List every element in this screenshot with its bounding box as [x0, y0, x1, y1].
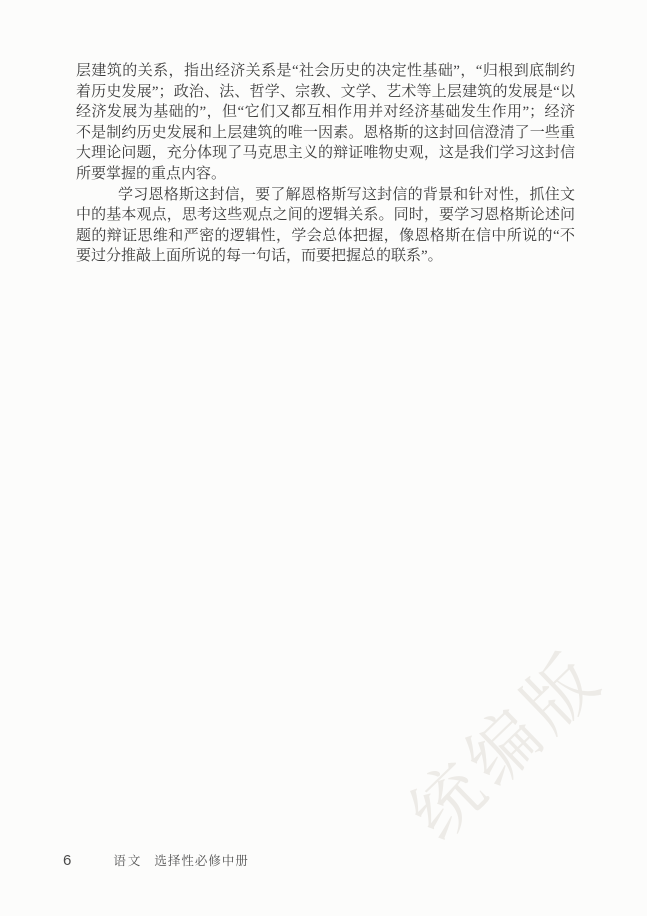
body-text-block: 层建筑的关系，指出经济关系是“社会历史的决定性基础”，“归根到底制约着历史发展”…: [76, 61, 575, 267]
edition-watermark: 统编版: [384, 623, 622, 858]
paragraph-second: 学习恩格斯这封信，要了解恩格斯写这封信的背景和针对性，抓住文中的基本观点，思考这…: [76, 185, 575, 267]
page-footer: 6 语文 选择性必修中册: [63, 851, 249, 869]
textbook-page: 层建筑的关系，指出经济关系是“社会历史的决定性基础”，“归根到底制约着历史发展”…: [0, 0, 647, 916]
paragraph-continuation: 层建筑的关系，指出经济关系是“社会历史的决定性基础”，“归根到底制约着历史发展”…: [76, 61, 575, 185]
book-volume-label: 选择性必修中册: [154, 851, 249, 869]
page-number: 6: [63, 852, 71, 869]
book-subject-label: 语文: [113, 851, 142, 869]
